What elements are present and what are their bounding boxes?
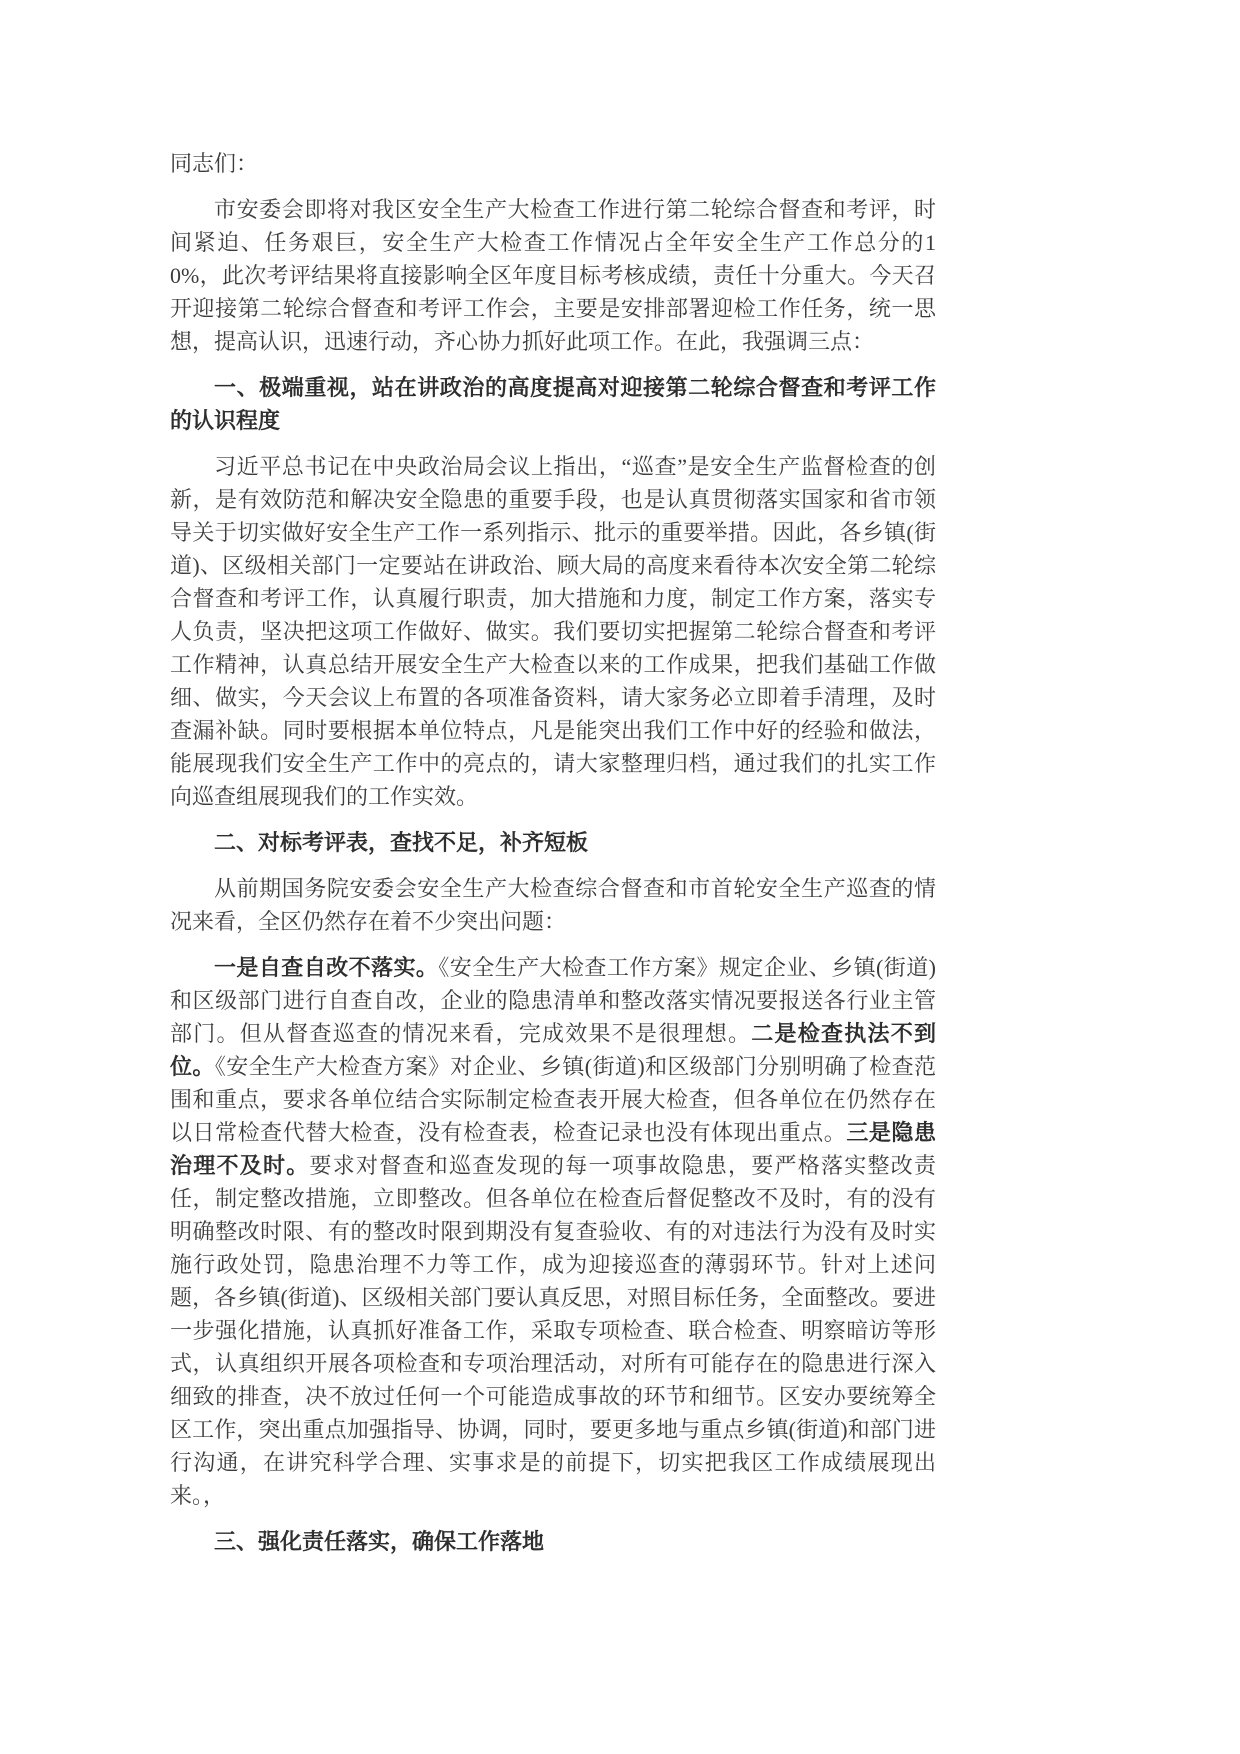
section-3-heading: 三、强化责任落实，确保工作落地 xyxy=(170,1525,936,1558)
section-1-heading: 一、极端重视，站在讲政治的高度提高对迎接第二轮综合督查和考评工作的认识程度 xyxy=(170,371,936,437)
section-2-findings-paragraph: 一是自查自改不落实。《安全生产大检查工作方案》规定企业、乡镇(街道)和区级部门进… xyxy=(170,951,936,1512)
finding-3-text: 要求对督查和巡查发现的每一项事故隐患，要严格落实整改责任，制定整改措施，立即整改… xyxy=(170,1153,936,1508)
section-2-lead-paragraph: 从前期国务院安委会安全生产大检查综合督查和市首轮安全生产巡查的情况来看，全区仍然… xyxy=(170,872,936,938)
salutation: 同志们： xyxy=(170,147,936,180)
intro-paragraph: 市安委会即将对我区安全生产大检查工作进行第二轮综合督查和考评，时间紧迫、任务艰巨… xyxy=(170,193,936,358)
finding-1-label: 一是自查自改不落实。 xyxy=(214,955,438,980)
section-1-paragraph: 习近平总书记在中央政治局会议上指出，“巡查”是安全生产监督检查的创新，是有效防范… xyxy=(170,450,936,813)
section-2-heading: 二、对标考评表，查找不足，补齐短板 xyxy=(170,826,936,859)
document-content: 同志们： 市安委会即将对我区安全生产大检查工作进行第二轮综合督查和考评，时间紧迫… xyxy=(170,147,936,1571)
document-page: 同志们： 市安委会即将对我区安全生产大检查工作进行第二轮综合督查和考评，时间紧迫… xyxy=(0,0,1240,1754)
finding-2-text: 《安全生产大检查方案》对企业、乡镇(街道)和区级部门分别明确了检查范围和重点，要… xyxy=(170,1054,936,1145)
